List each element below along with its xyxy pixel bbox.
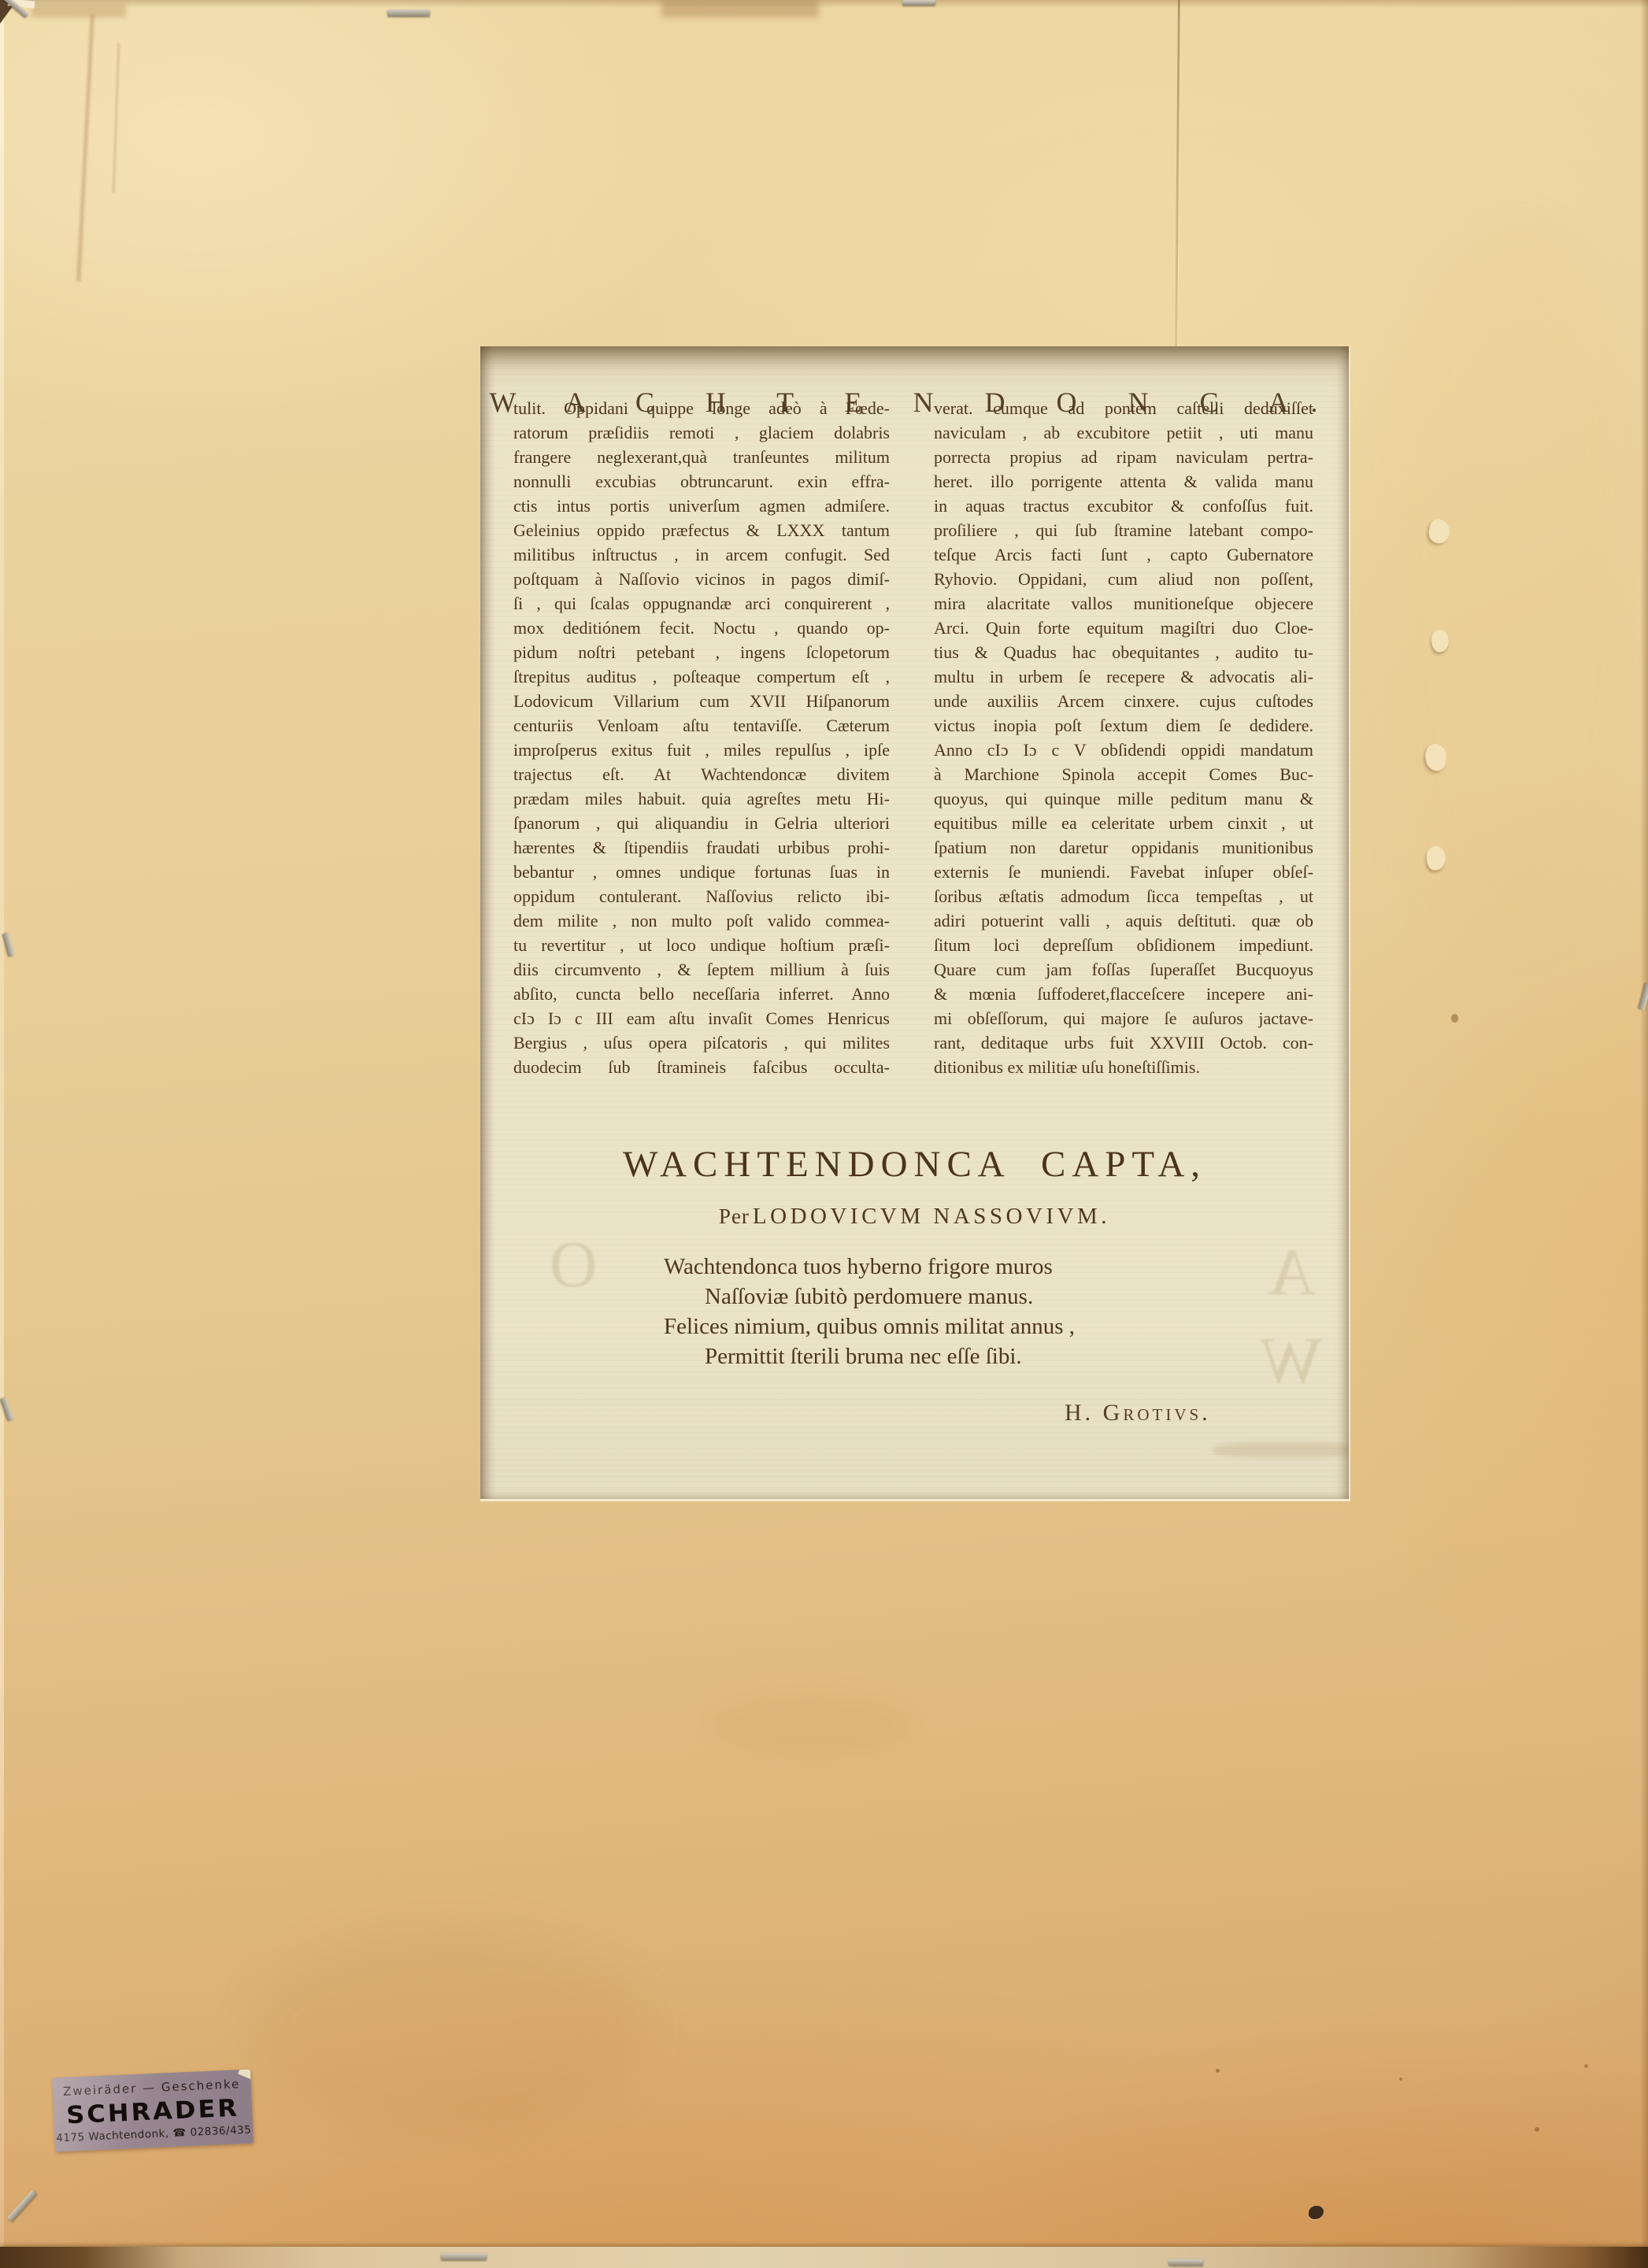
stain-speck xyxy=(1399,2077,1402,2081)
text-line: diis circumvento , & ſeptem millium à ſu… xyxy=(513,957,890,982)
showthrough-letter: O xyxy=(550,1226,598,1303)
stain-speck xyxy=(1216,2069,1220,2073)
text-line: Anno cIɔ Iɔ c V obſidendi oppidi mandatu… xyxy=(934,738,1313,762)
dealer-label: Zweiräder — Geschenke SCHRADER 4175 Wach… xyxy=(52,2070,254,2152)
text-line: adiri potuerint valli , aquis deſtituti.… xyxy=(934,908,1313,933)
text-line: abſito, cuncta bello neceſſaria inferret… xyxy=(513,982,890,1006)
text-line: pidum noſtri petebant , ingens ſclopetor… xyxy=(513,640,890,664)
text-line: unde auxiliis Arcem cinxere. cujus cuſto… xyxy=(934,689,1313,713)
text-line: ditionibus ex militiæ uſu honeſtiſſimis. xyxy=(934,1055,1313,1079)
staple xyxy=(441,2253,487,2260)
stain-dot xyxy=(1451,1014,1458,1023)
text-line: Felices nimium, quibus omnis militat ann… xyxy=(664,1312,1075,1341)
text-line: Wachtendonca tuos hyberno frigore muros xyxy=(664,1252,1075,1282)
text-line: victus inopia poſt ſextum diem ſe dedide… xyxy=(934,713,1313,738)
text-line: ſtrepitus auditus , poſteaque compertum … xyxy=(513,664,890,689)
text-line: Permittit ſterili bruma nec eſſe ſibi. xyxy=(664,1341,1075,1371)
text-line: ſpatium non daretur oppidanis munitionib… xyxy=(934,835,1313,860)
attribution: H. Grotivs. xyxy=(1065,1400,1211,1426)
text-line: multu in urbem ſe recepere & advocatis a… xyxy=(934,664,1313,689)
text-line: ctis intus portis univerſum agmen admiſe… xyxy=(513,494,890,518)
text-line: duodecim ſub ſtramineis faſcibus occulta… xyxy=(513,1055,890,1079)
text-line: improſperus exitus fuit , miles repulſus… xyxy=(513,738,890,762)
stain-speck xyxy=(1535,2127,1539,2132)
text-columns: tulit. Oppidani quippe longe adeò à Fœde… xyxy=(513,396,1313,1079)
showthrough-letter: A xyxy=(1268,1234,1316,1311)
mat-window: W A C H T E N D O N C A. tulit. Oppidani… xyxy=(480,346,1350,1501)
text-line: porrecta propius ad ripam naviculam pert… xyxy=(934,445,1313,469)
text-line: ſpanorum , qui aliquandiu in Gelria ulte… xyxy=(513,811,890,835)
staple xyxy=(2,932,14,956)
text-line: naviculam , ab excubitore petiit , uti m… xyxy=(934,420,1313,445)
text-line: Arci. Quin forte equitum magiſtri duo Cl… xyxy=(934,616,1313,640)
caption-byline: Per LODOVICVM NASSOVIVM. xyxy=(480,1204,1349,1230)
text-line: heret. illo porrigente attenta & valida … xyxy=(934,469,1313,494)
text-line: ſi , qui ſcalas oppugnandæ arci conquire… xyxy=(513,591,890,616)
staple xyxy=(387,9,430,17)
crease-line xyxy=(1175,0,1180,353)
text-line: Quare cum jam foſſas ſuperaſſet Bucquoyu… xyxy=(934,957,1313,982)
print-page: W A C H T E N D O N C A. tulit. Oppidani… xyxy=(480,346,1349,1499)
text-line: prædam miles habuit. quia agreſtes metu … xyxy=(513,786,890,811)
text-line: militibus inſtructus , in arcem confugit… xyxy=(513,542,890,567)
text-line: mira alacritate vallos munitioneſque obj… xyxy=(934,591,1313,616)
stain-streak xyxy=(76,14,94,282)
text-line: poſtquam à Naſſovio vicinos in pagos dim… xyxy=(513,567,890,591)
caption-title: WACHTENDONCA CAPTA, xyxy=(480,1143,1349,1186)
text-line: ſitum loci depreſſum obſidionem impediun… xyxy=(934,933,1313,957)
caption-byline-prefix: Per xyxy=(719,1204,750,1228)
staple xyxy=(902,0,935,6)
stain-dark-spot xyxy=(1309,2206,1324,2219)
text-line: Naſſoviæ ſubitò perdomuere manus. xyxy=(664,1282,1075,1312)
text-line: frangere neglexerant,quà tranſeuntes mil… xyxy=(513,445,890,469)
text-line: ratorum præſidiis remoti , glaciem dolab… xyxy=(513,420,890,445)
stain-blotch xyxy=(252,1929,646,2133)
text-line: mox deditiónem fecit. Noctu , quando op- xyxy=(513,616,890,640)
text-line: externis ſe muniendi. Favebat inſuper ob… xyxy=(934,860,1313,884)
text-line: in aquas tractus excubitor & confoſſus f… xyxy=(934,494,1313,518)
dealer-label-name: SCHRADER xyxy=(65,2093,239,2129)
text-line: ſoribus æſtatis admodum ſicca tempeſtas … xyxy=(934,884,1313,908)
mat-board: W A C H T E N D O N C A. tulit. Oppidani… xyxy=(0,0,1648,2268)
right-column: verat. cumque ad pontem caſtelli deduxiſ… xyxy=(934,396,1313,1079)
text-line: oppidum contulerant. Naſſovius relicto i… xyxy=(513,884,890,908)
text-line: bebantur , omnes undique fortunas ſuas i… xyxy=(513,860,890,884)
stain-blotch xyxy=(1378,236,1646,945)
staple xyxy=(7,2189,37,2222)
text-line: Ryhovio. Oppidani, cum aliud non poſſent… xyxy=(934,567,1313,591)
text-line: quoyus, qui quinque mille peditum manu & xyxy=(934,786,1313,811)
edge-shadow-top xyxy=(0,0,1648,8)
text-line: & mœnia ſuffoderet,flacceſcere incepere … xyxy=(934,982,1313,1006)
text-line: verat. cumque ad pontem caſtelli deduxiſ… xyxy=(934,396,1313,420)
text-line: Bergius , uſus opera piſcatoris , qui mi… xyxy=(513,1030,890,1055)
text-line: proſiliere , qui ſub ſtramine latebant c… xyxy=(934,518,1313,542)
left-column: tulit. Oppidani quippe longe adeò à Fœde… xyxy=(513,396,890,1079)
text-line: dem milite , non multo poſt valido comme… xyxy=(513,908,890,933)
stain-blotch xyxy=(709,1693,913,1756)
staple xyxy=(1168,2259,1203,2266)
text-line: nonnulli excubias obtruncarunt. exin eff… xyxy=(513,469,890,494)
text-line: tu revertitur , ut loco undique hoſtium … xyxy=(513,933,890,957)
poem: Wachtendonca tuos hyberno frigore murosN… xyxy=(664,1252,1075,1371)
text-line: teſque Arcis facti ſunt , capto Gubernat… xyxy=(934,542,1313,567)
text-line: tulit. Oppidani quippe longe adeò à Fœde… xyxy=(513,396,890,420)
text-line: cIɔ Iɔ c III eam aſtu invaſit Comes Henr… xyxy=(513,1006,890,1030)
stain-streak xyxy=(113,43,120,193)
board-bottom-edge xyxy=(0,2247,1648,2268)
edge-highlight-left xyxy=(0,0,4,2268)
text-line: rant, deditaque urbs fuit XXVIII Octob. … xyxy=(934,1030,1313,1055)
text-line: Geleinius oppido præfectus & LXXX tantum xyxy=(513,518,890,542)
text-line: à Marchione Spinola accepit Comes Buc- xyxy=(934,762,1313,786)
text-line: Lodovicum Villarium cum XVII Hiſpanorum xyxy=(513,689,890,713)
showthrough-smudge xyxy=(1213,1442,1350,1458)
text-line: equitibus mille ea celeritate urbem cinx… xyxy=(934,811,1313,835)
edge-shadow-right xyxy=(1640,0,1648,2268)
showthrough-letter: W xyxy=(1260,1323,1322,1399)
text-line: tius & Quadus hac obequitantes , audito … xyxy=(934,640,1313,664)
text-line: centuriis Venloam aſtu tentaviſſe. Cæter… xyxy=(513,713,890,738)
caption-byline-name: LODOVICVM NASSOVIVM. xyxy=(753,1204,1110,1229)
stain-speck xyxy=(1584,2064,1588,2068)
framed-print-back-photo: W A C H T E N D O N C A. tulit. Oppidani… xyxy=(0,0,1648,2268)
text-line: hærentes & ſtipendiis fraudati urbibus p… xyxy=(513,835,890,860)
text-line: mi obſeſſorum, qui majore ſe auſuros jac… xyxy=(934,1006,1313,1030)
text-line: trajectus eſt. At Wachtendoncæ divitem xyxy=(513,762,890,786)
